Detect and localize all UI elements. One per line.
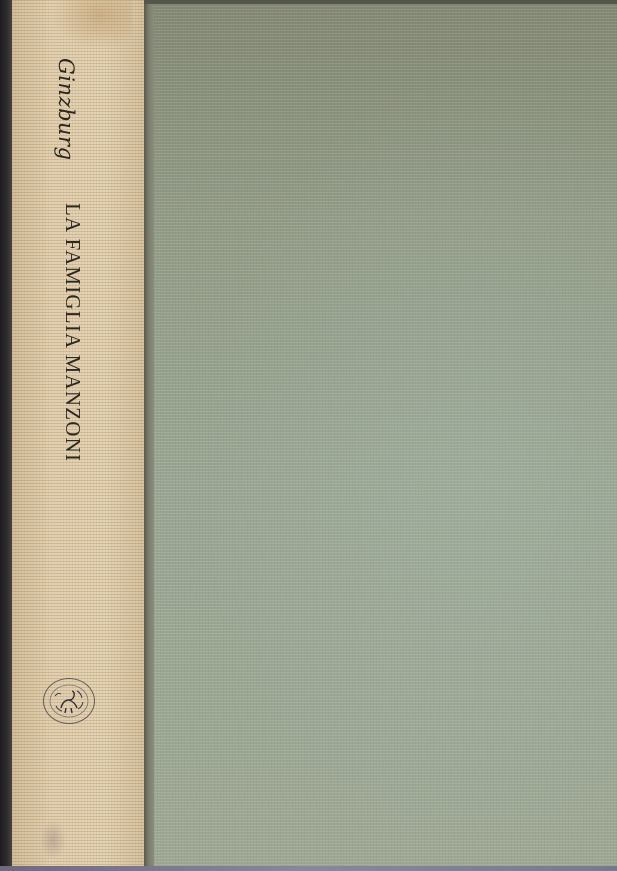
book-photo: Ginzburg LA FAMIGLIA MANZONI	[0, 0, 617, 871]
spine-title: LA FAMIGLIA MANZONI	[60, 203, 85, 462]
spine-stain	[52, 0, 132, 50]
spine-shadow-edge	[0, 0, 12, 871]
bottom-edge	[0, 866, 617, 871]
spine-stain-bottom	[40, 820, 66, 860]
spine-author: Ginzburg	[54, 58, 78, 161]
spine-joint	[144, 0, 154, 871]
cover-shading	[154, 0, 617, 871]
ostrich-emblem-icon	[43, 678, 95, 724]
top-edge	[144, 0, 617, 4]
